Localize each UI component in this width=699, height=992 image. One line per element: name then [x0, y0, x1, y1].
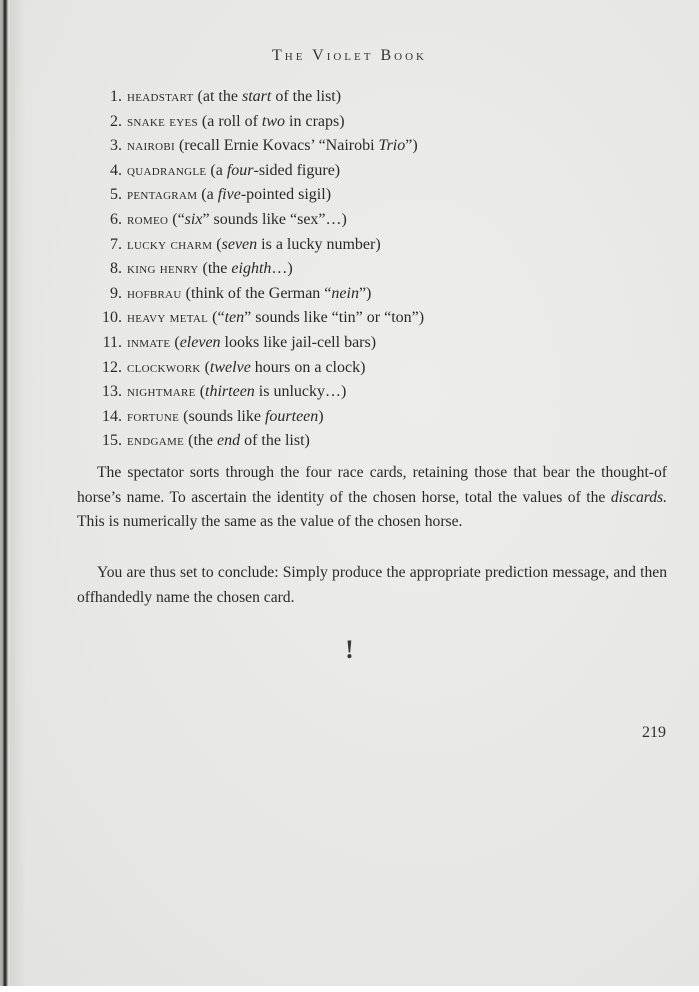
paragraph-text: The spectator sorts through the four rac… — [77, 464, 667, 506]
item-gloss: ”) — [359, 285, 371, 302]
item-term: ENDGAME — [127, 433, 184, 449]
item-gloss: of the list) — [271, 88, 341, 105]
item-term: PENTAGRAM — [127, 187, 197, 203]
item-number: 11. — [100, 331, 122, 356]
item-number: 10. — [100, 306, 122, 331]
item-gloss-italic: thirteen — [205, 383, 255, 400]
list-item: 15.ENDGAME (the end of the list) — [100, 429, 560, 454]
item-gloss-italic: eighth — [231, 260, 271, 277]
item-term: ROMEO — [127, 212, 168, 228]
body-paragraph-2: You are thus set to conclude: Simply pro… — [77, 561, 667, 610]
item-number: 7. — [100, 233, 122, 258]
list-item: 4.QUADRANGLE (a four-sided figure) — [100, 159, 560, 184]
item-gloss: ” sounds like “tin” or “ton”) — [244, 309, 424, 326]
item-term: KING HENRY — [127, 261, 199, 277]
item-number: 5. — [100, 183, 122, 208]
item-number: 6. — [100, 208, 122, 233]
list-item: 2.SNAKE EYES (a roll of two in craps) — [100, 110, 560, 135]
item-gloss-italic: twelve — [210, 359, 251, 376]
page-gutter-shadow — [10, 0, 26, 986]
item-term: HEADSTART — [127, 89, 194, 105]
item-gloss: ( — [212, 236, 221, 253]
list-item: 13.NIGHTMARE (thirteen is unlucky…) — [100, 380, 560, 405]
item-gloss: ) — [318, 408, 323, 425]
horse-name-list: 1.HEADSTART (at the start of the list) 2… — [100, 85, 560, 454]
list-item: 5.PENTAGRAM (a five-pointed sigil) — [100, 183, 560, 208]
item-gloss-italic: eleven — [180, 334, 221, 351]
item-gloss-italic: two — [262, 113, 285, 130]
list-item: 10.HEAVY METAL (“ten” sounds like “tin” … — [100, 306, 560, 331]
book-spine-edge — [0, 0, 10, 986]
item-gloss-italic: end — [217, 432, 240, 449]
item-number: 4. — [100, 159, 122, 184]
item-gloss: hours on a clock) — [251, 359, 366, 376]
body-paragraph-1: The spectator sorts through the four rac… — [77, 461, 667, 535]
running-head: The Violet Book — [0, 47, 699, 65]
exclamation-ornament-icon: ! — [0, 635, 699, 665]
list-item: 1.HEADSTART (at the start of the list) — [100, 85, 560, 110]
item-gloss: ( — [196, 383, 205, 400]
item-number: 13. — [100, 380, 122, 405]
item-number: 9. — [100, 282, 122, 307]
page-number: 219 — [642, 724, 666, 742]
item-gloss: of the list) — [240, 432, 310, 449]
item-number: 8. — [100, 257, 122, 282]
item-gloss-italic: seven — [222, 236, 258, 253]
item-gloss-italic: fourteen — [265, 408, 318, 425]
item-gloss-italic: start — [242, 88, 271, 105]
item-gloss: in craps) — [285, 113, 345, 130]
item-term: NAIROBI — [127, 138, 175, 154]
item-term: CLOCKWORK — [127, 360, 201, 376]
item-number: 12. — [100, 356, 122, 381]
item-gloss: is a lucky number) — [257, 236, 381, 253]
item-gloss: (a — [206, 162, 226, 179]
paragraph-italic-text: discards. — [611, 489, 667, 506]
item-term: HEAVY METAL — [127, 310, 208, 326]
item-gloss: ( — [170, 334, 179, 351]
item-number: 14. — [100, 405, 122, 430]
item-gloss: (the — [199, 260, 232, 277]
list-item: 12.CLOCKWORK (twelve hours on a clock) — [100, 356, 560, 381]
item-gloss: (“ — [168, 211, 184, 228]
item-gloss: (a roll of — [198, 113, 262, 130]
item-number: 1. — [100, 85, 122, 110]
item-gloss-italic: ten — [225, 309, 245, 326]
item-gloss: ” sounds like “sex”…) — [202, 211, 346, 228]
item-gloss: (at the — [194, 88, 242, 105]
item-gloss-italic: Trio — [379, 137, 406, 154]
item-gloss: (sounds like — [179, 408, 265, 425]
item-gloss-italic: five — [218, 186, 241, 203]
item-gloss: is unlucky…) — [255, 383, 347, 400]
item-number: 2. — [100, 110, 122, 135]
item-gloss: (“ — [208, 309, 224, 326]
item-term: INMATE — [127, 335, 170, 351]
item-gloss: ( — [201, 359, 210, 376]
item-term: QUADRANGLE — [127, 163, 206, 179]
item-number: 3. — [100, 134, 122, 159]
list-item: 7.LUCKY CHARM (seven is a lucky number) — [100, 233, 560, 258]
item-gloss: looks like jail-cell bars) — [221, 334, 377, 351]
list-item: 6.ROMEO (“six” sounds like “sex”…) — [100, 208, 560, 233]
item-gloss: ”) — [405, 137, 417, 154]
item-term: FORTUNE — [127, 409, 179, 425]
item-gloss: (recall Ernie Kovacs’ “Nairobi — [175, 137, 379, 154]
item-term: NIGHTMARE — [127, 384, 196, 400]
book-page: The Violet Book 1.HEADSTART (at the star… — [0, 0, 699, 986]
item-gloss-italic: nein — [331, 285, 359, 302]
list-item: 11.INMATE (eleven looks like jail-cell b… — [100, 331, 560, 356]
item-number: 15. — [100, 429, 122, 454]
item-gloss: (a — [197, 186, 217, 203]
item-gloss-italic: six — [185, 211, 203, 228]
item-term: LUCKY CHARM — [127, 237, 212, 253]
item-term: SNAKE EYES — [127, 114, 198, 130]
item-gloss: -pointed sigil) — [241, 186, 331, 203]
list-item: 3.NAIROBI (recall Ernie Kovacs’ “Nairobi… — [100, 134, 560, 159]
item-gloss: (the — [184, 432, 217, 449]
paragraph-text: This is numerically the same as the valu… — [77, 513, 462, 530]
list-item: 9.HOFBRAU (think of the German “nein”) — [100, 282, 560, 307]
item-gloss-italic: four — [227, 162, 254, 179]
item-gloss: …) — [271, 260, 292, 277]
item-term: HOFBRAU — [127, 286, 182, 302]
list-item: 14.FORTUNE (sounds like fourteen) — [100, 405, 560, 430]
item-gloss: (think of the German “ — [182, 285, 332, 302]
item-gloss: -sided figure) — [254, 162, 341, 179]
list-item: 8.KING HENRY (the eighth…) — [100, 257, 560, 282]
